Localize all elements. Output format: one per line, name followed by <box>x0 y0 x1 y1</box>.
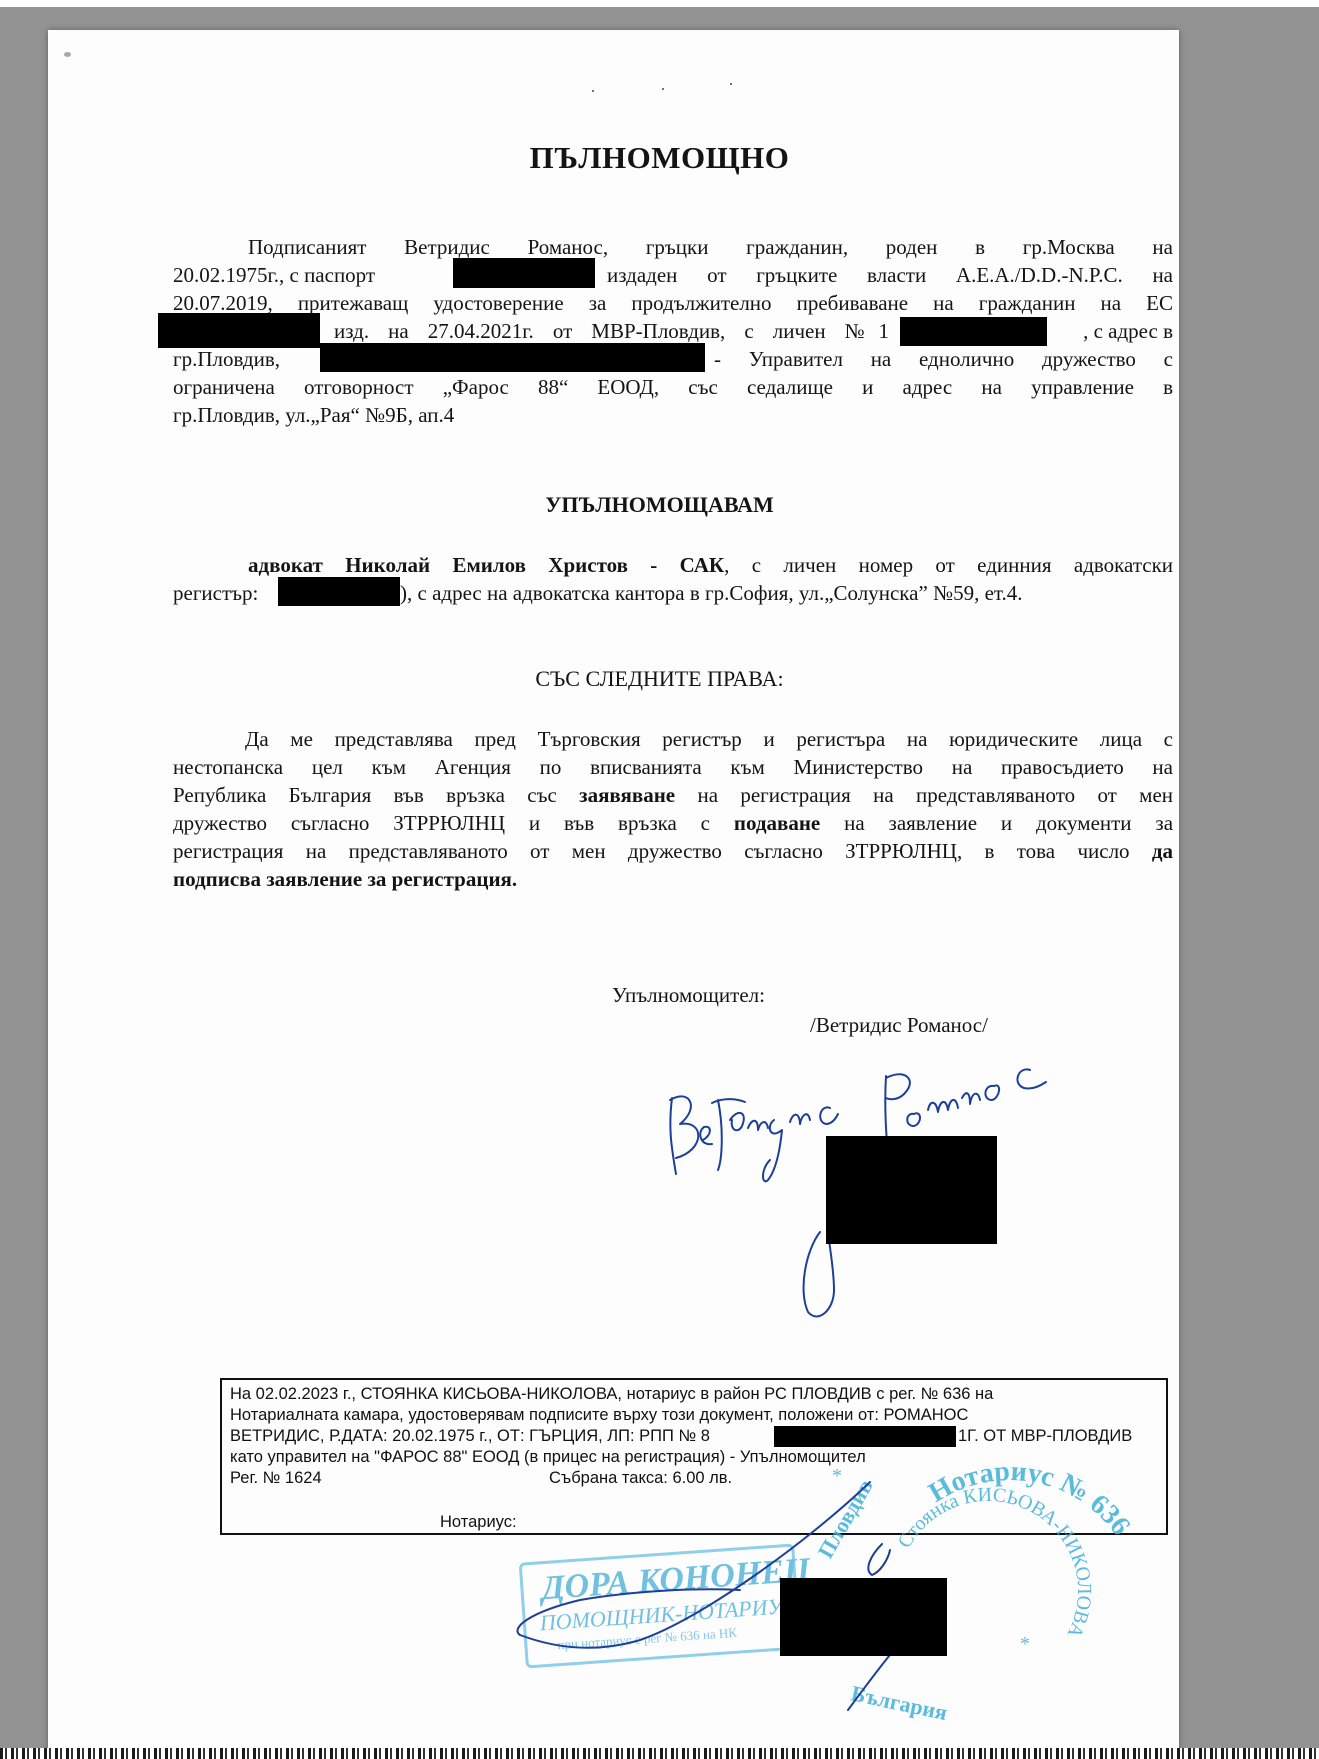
redaction-notary-signature <box>780 1578 947 1656</box>
svg-text:Пловдив: Пловдив <box>813 1475 878 1563</box>
svg-text:*: * <box>1020 1633 1030 1655</box>
next-page-edge <box>0 1748 1319 1759</box>
svg-text:*: * <box>832 1465 842 1487</box>
notary-round-seal: Нотариус № 636 Стоянка КИСЬОВА-НИКОЛОВА … <box>0 0 1319 1759</box>
